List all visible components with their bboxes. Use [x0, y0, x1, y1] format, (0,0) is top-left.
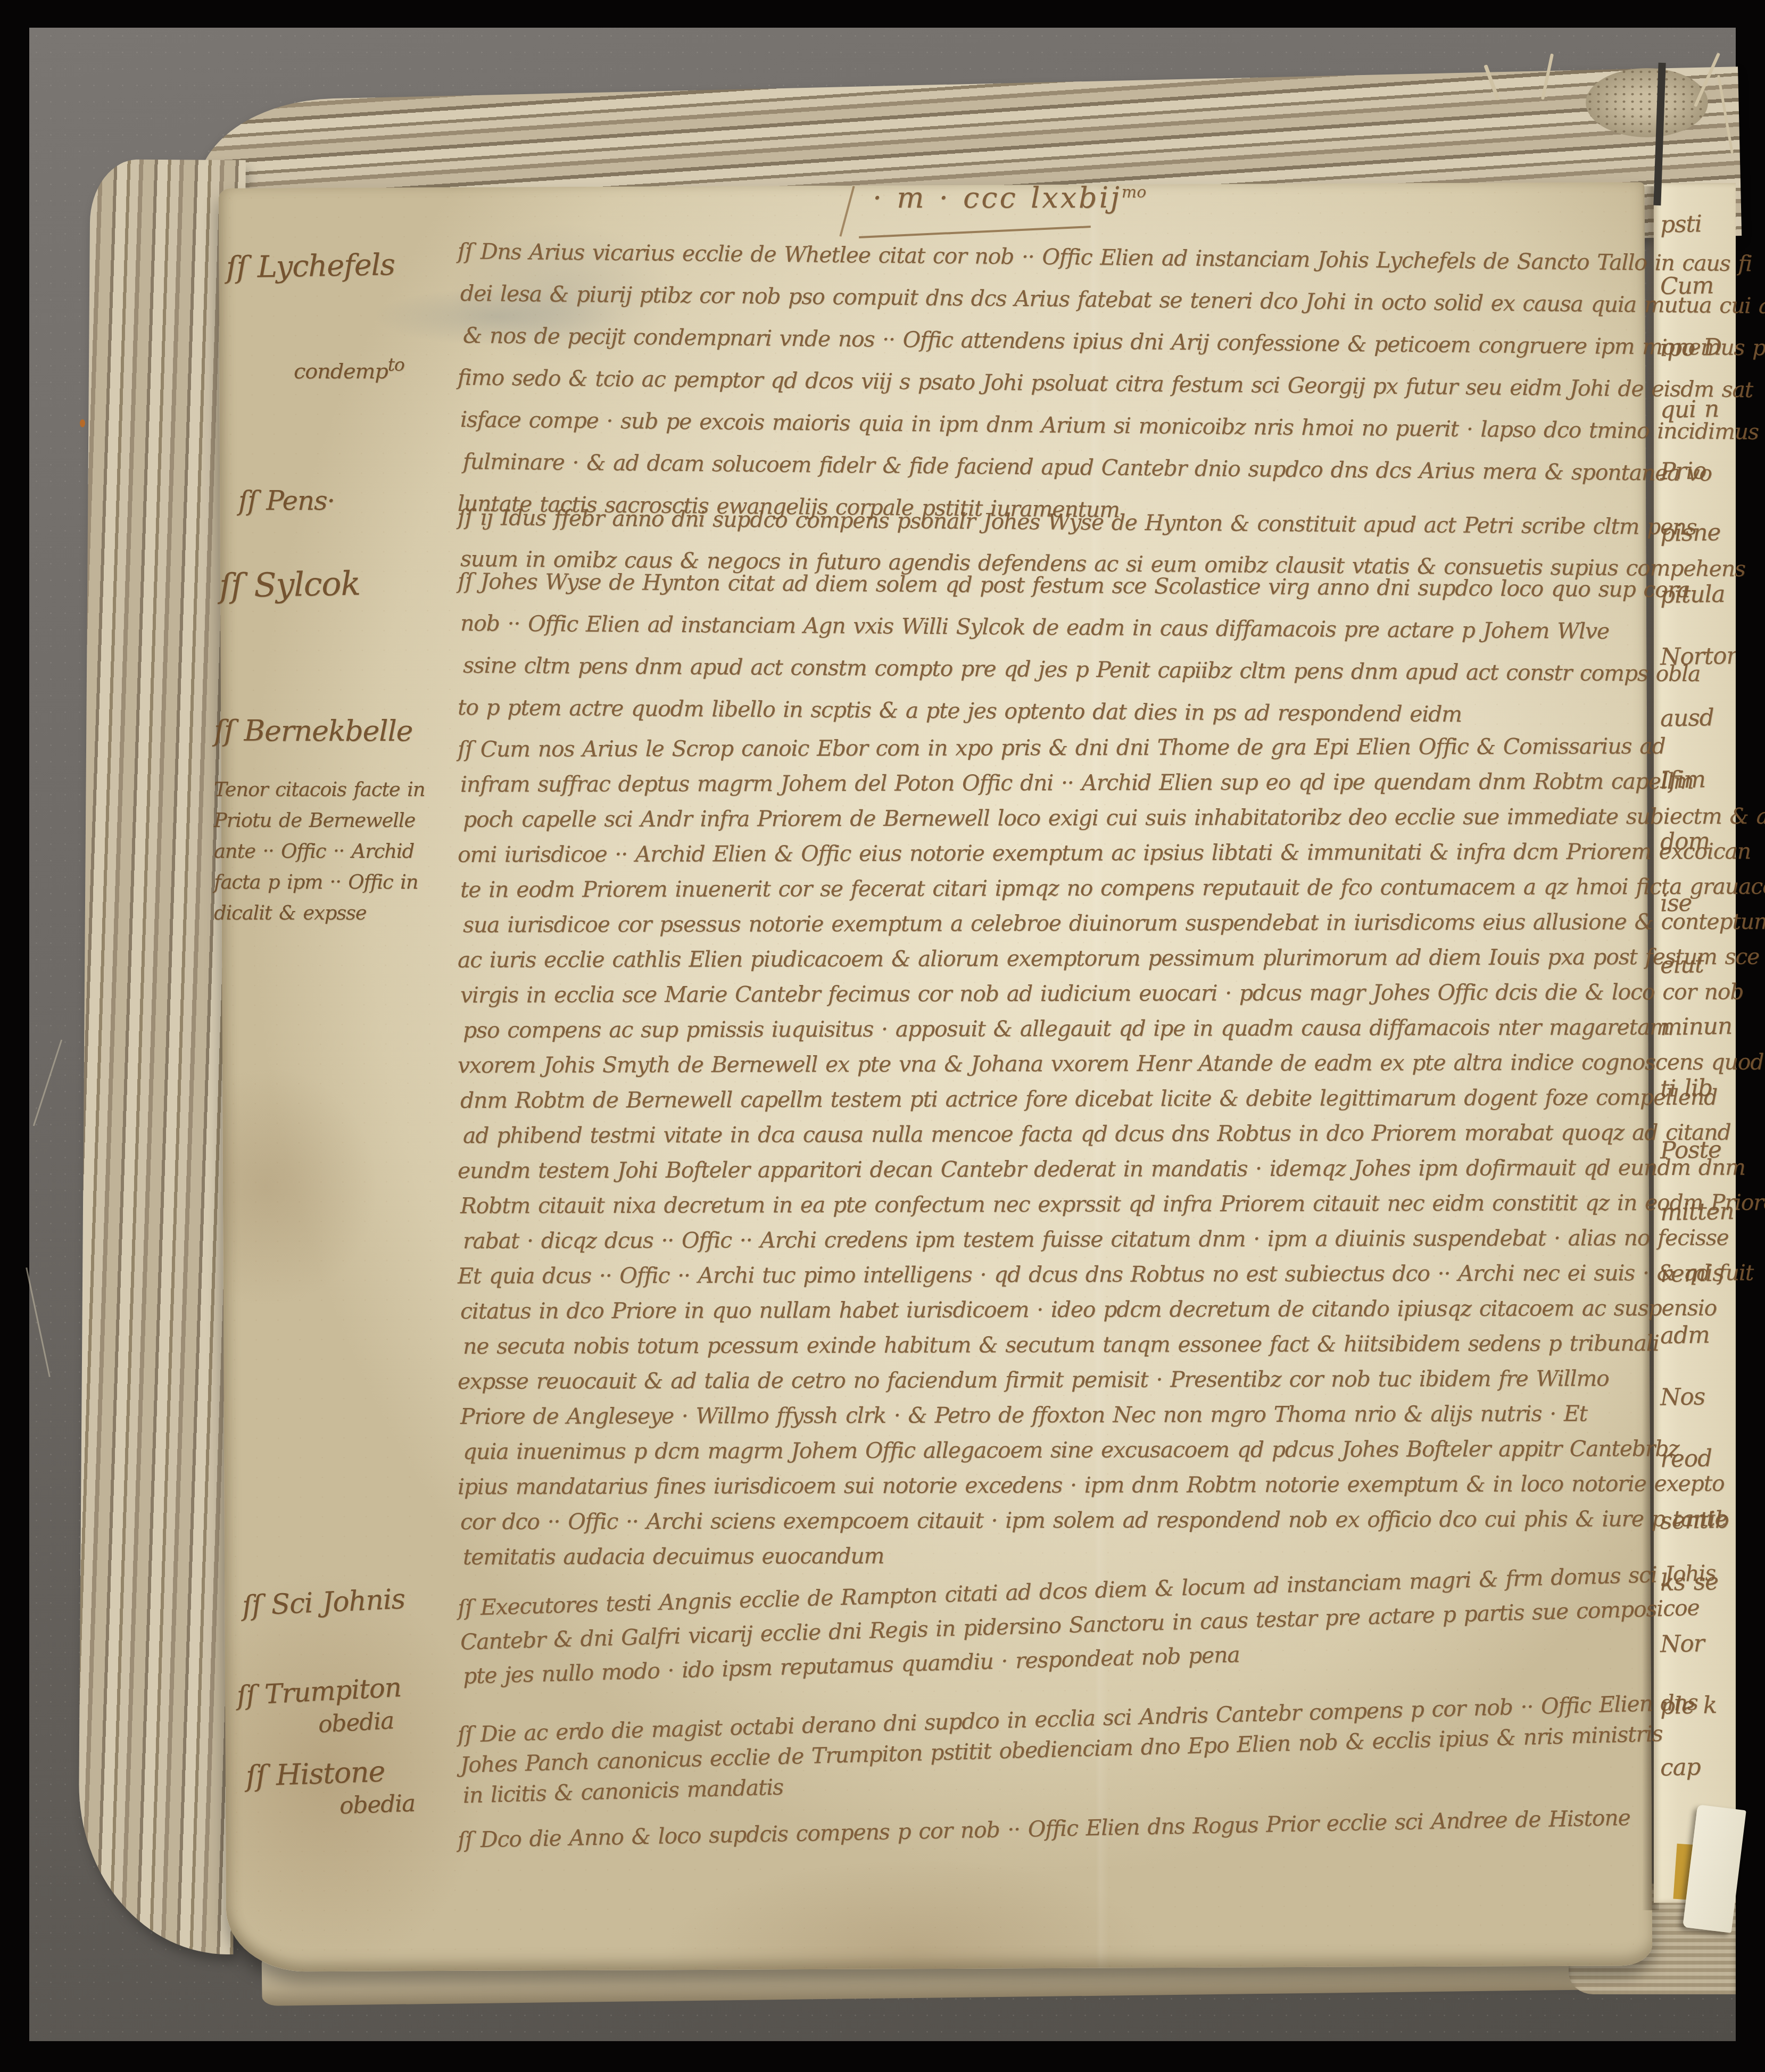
year-heading-text: · m · ccc lxxbij	[873, 181, 1122, 214]
manuscript-line: citatus in dco Priore in quo nullam habe…	[460, 1297, 1717, 1322]
year-heading-superscript: mo	[1122, 183, 1147, 202]
margin-note-line: Tenor citacois facte in	[214, 778, 425, 801]
manuscript-line: dnm Robtm de Bernewell capellm testem pt…	[460, 1087, 1717, 1112]
facing-page-line: cap	[1660, 1753, 1701, 1781]
manuscript-line: virgis in ecclia sce Marie Cantebr fecim…	[460, 981, 1743, 1006]
facing-page-line: minun	[1660, 1013, 1733, 1041]
margin-heading-bernewelle: ſſ Bernekbelle	[214, 714, 412, 748]
manuscript-line: poch capelle sci Andr infra Priorem de B…	[463, 806, 1765, 831]
manuscript-line: expsse reuocauit & ad talia de cetro no …	[458, 1367, 1609, 1393]
margin-note-line: facta p ipm ·· Offic in	[214, 871, 418, 893]
manuscript-line: ad phibend testmi vitate in dca causa nu…	[463, 1122, 1731, 1147]
margin-subheading-obedia: obedia	[339, 1790, 416, 1820]
manuscript-line: ne secuta nobis totum pcessum exinde hab…	[463, 1332, 1659, 1357]
margin-note-line: Priotu de Bernewelle	[214, 809, 415, 832]
manuscript-line: sua iurisdicoe cor psessus notorie exemp…	[463, 911, 1765, 936]
margin-note-text: condemp	[294, 359, 388, 384]
manuscript-line: temitatis audacia decuimus euocandum	[463, 1545, 884, 1568]
manuscript-line: ſſ Cum nos Arius le Scrop canoic Ebor co…	[458, 735, 1665, 760]
manuscript-photo: { "photo": { "description": "Opened medi…	[0, 0, 1765, 2072]
manuscript-line: Priore de Angleseye · Willmo ffyssh clrk…	[460, 1403, 1587, 1428]
margin-note-superscript: to	[388, 354, 404, 375]
manuscript-line: omi iurisdicoe ·· Archid Elien & Offic e…	[458, 841, 1751, 866]
margin-heading-pens: ſſ Pens·	[238, 485, 335, 516]
facing-page-line: psti	[1660, 210, 1702, 238]
margin-subheading-obedia: obedia	[318, 1707, 394, 1738]
manuscript-line: vxorem Johis Smyth de Bernewell ex pte v…	[458, 1051, 1763, 1076]
facing-page-line: Nos	[1660, 1383, 1705, 1411]
margin-note-line: dicalit & expsse	[214, 901, 366, 924]
frayed-headband	[1586, 68, 1708, 137]
manuscript-line: infram suffrac deptus magrm Johem del Po…	[460, 770, 1694, 795]
margin-heading-lychefels: ſſ Lychefels	[226, 247, 395, 285]
manuscript-line: Et quia dcus ·· Offic ·· Archi tuc pimo …	[458, 1262, 1753, 1287]
manuscript-line: cor dco ·· Offic ·· Archi sciens exempco…	[460, 1508, 1727, 1533]
manuscript-line: pso compens ac sup pmissis iuquisitus · …	[463, 1016, 1670, 1041]
year-heading: · m · ccc lxxbijmo	[873, 181, 1146, 214]
orange-fleck	[80, 419, 85, 427]
manuscript-line: rabat · dicqz dcus ·· Offic ·· Archi cre…	[463, 1227, 1729, 1252]
manuscript-line: ipius mandatarius fines iurisdicoem sui …	[458, 1473, 1724, 1498]
margin-heading-sylcok: ſſ Sylcok	[219, 564, 360, 606]
manuscript-line: eundm testem Johi Bofteler apparitori de…	[458, 1157, 1745, 1182]
facing-page-line: adm	[1660, 1321, 1710, 1349]
facing-page-line: Nor	[1660, 1630, 1704, 1657]
manuscript-line: te in eodm Priorem inuenerit cor se fece…	[460, 875, 1765, 901]
margin-note-condemp: condempto	[294, 354, 404, 384]
facing-page-line: ausd	[1660, 704, 1714, 732]
manuscript-line: ac iuris ecclie cathlis Elien piudicacoe…	[458, 946, 1765, 971]
margin-note-line: ante ·· Offic ·· Archid	[214, 840, 414, 863]
manuscript-line: quia inuenimus p dcm magrm Johem Offic a…	[463, 1438, 1679, 1463]
margin-heading-histone: ſſ Histone	[245, 1754, 385, 1793]
manuscript-line: Robtm citauit nixa decretum in ea pte co…	[460, 1191, 1765, 1217]
